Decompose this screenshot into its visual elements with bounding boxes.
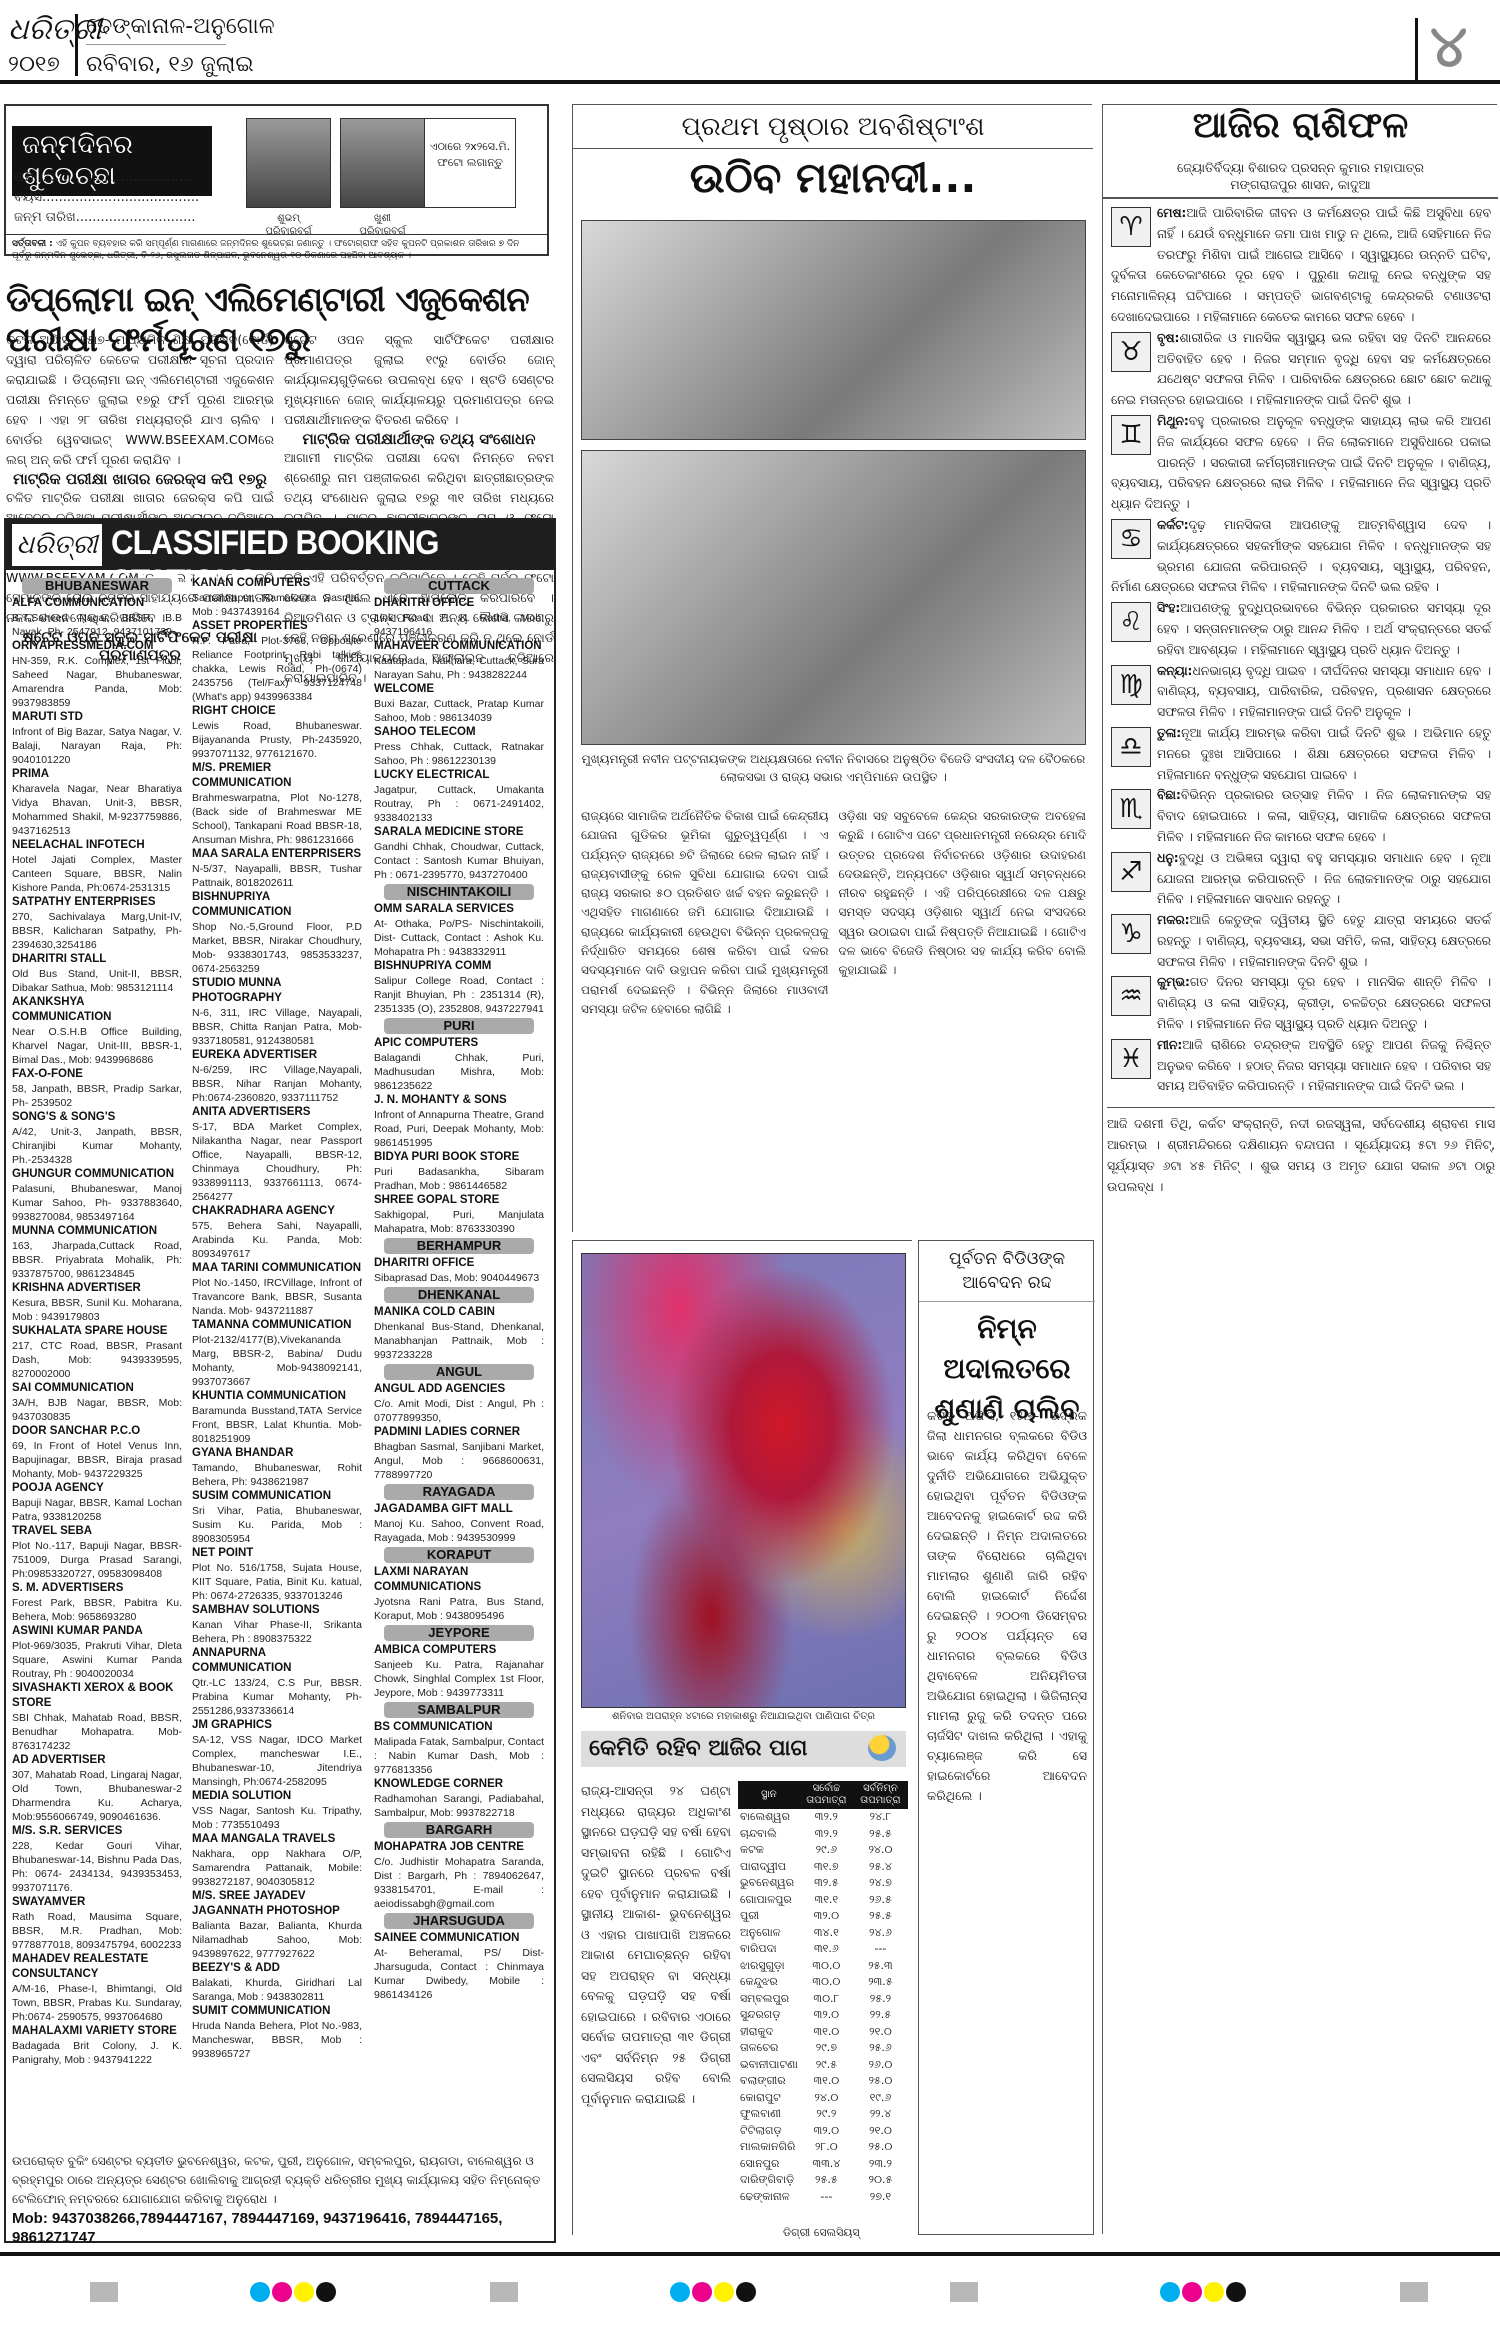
booking-station-address: Press Chhak, Cuttack, Ratnakar Sahoo, Ph… [374, 740, 544, 768]
max-temp-cell: ୨୯.୫ [800, 2057, 853, 2074]
booking-station-address: Badagada Brit Colony, J. K. Panigrahy, M… [12, 2039, 182, 2067]
dob-field: ଜନ୍ମ ତାରିଖ............................. [14, 210, 196, 225]
place-cell: ପୁରୀ [738, 1908, 800, 1925]
min-temp-cell: ୨୫.୫ [853, 1826, 908, 1843]
temperature-row: ଭୁବନେଶ୍ୱର୩୨.୫୨୪.୭ [738, 1875, 908, 1892]
booking-station-name: BISHNUPRIYA COMMUNICATION [192, 890, 362, 920]
booking-station-name: STUDIO MUNNA PHOTOGRAPHY [192, 976, 362, 1006]
booking-station-address: Bhagban Sasmal, Sanjibani Market, Angul,… [374, 1440, 544, 1482]
temperature-unit: ଡିଗ୍ରୀ ସେଲସିୟସ୍ [783, 2226, 860, 2240]
booking-station-address: S-17, BDA Market Complex, Nilakantha Nag… [192, 1120, 362, 1204]
max-temp-cell: ୩୨.୦ [800, 1908, 853, 1925]
region-label: NISCHINTAKOILI [384, 884, 534, 900]
booking-station-address: Balakati, Khurda, Giridhari Lal Saranga,… [192, 1976, 362, 2004]
zodiac-sign-icon: ♋ [1111, 519, 1151, 559]
classified-banner: ଧରିତ୍ରୀ CLASSIFIED BOOKING STATIONS [6, 520, 554, 570]
booking-station-address: A/42, Unit-3, Janpath, BBSR, Chiranjibi … [12, 1125, 182, 1167]
max-temp-cell: ୩୧.୬ [800, 1941, 853, 1958]
booking-station-name: ASSET PROPERTIES [192, 619, 362, 634]
booking-station-name: LUCKY ELECTRICAL [374, 768, 544, 783]
horoscope-byline: ଜ୍ୟୋତିର୍ବିଦ୍ୟା ବିଶାରଦ ପ୍ରସନ୍ନ କୁମାର ମହାପ… [1103, 159, 1498, 193]
max-temp-cell: --- [800, 2189, 853, 2206]
booking-station-name: OMM SARALA SERVICES [374, 902, 544, 917]
min-temp-cell: ୨୭.୧ [853, 2189, 908, 2206]
terms-label: ସର୍ତ୍ତାବଳୀ : [12, 239, 53, 249]
min-temp-cell: ୨୪.୮ [853, 1809, 908, 1826]
zodiac-prediction: ବହୁ ପ୍ରକାରର ଅନୁକୂଳ ବନ୍ଧୁଙ୍କ ସାହାଯ୍ୟ ଲାଭ … [1111, 414, 1491, 511]
col-header-min: ସର୍ବନିମ୍ନ ତାପମାତ୍ରା [853, 1781, 908, 1809]
booking-station-name: SAMBHAV SOLUTIONS [192, 1603, 362, 1618]
birthday-coupon: ଜନ୍ମଦିନର ଶୁଭେଚ୍ଛା ନାମ...................… [4, 104, 549, 256]
booking-station-name: AD ADVERTISER [12, 1753, 182, 1768]
booking-station-name: MAA MANGALA TRAVELS [192, 1832, 362, 1847]
min-temp-cell: ୨୫.୬ [853, 2040, 908, 2057]
zodiac-entry: ♋କର୍କଟ:ଦୃଢ଼ ମାନସିକତା ଆପଣଙ୍କୁ ଆତ୍ମବିଶ୍ୱାସ… [1107, 515, 1495, 598]
booking-station-name: AKANKSHYA COMMUNICATION [12, 995, 182, 1025]
coupon-terms: ସର୍ତ୍ତାବଳୀ : ଏହି କୁପନ ବ୍ୟବହାର କରି ସମ୍ପୂର… [6, 234, 547, 265]
booking-station-address: N-6/259, IRC Village,Nayapali, BBSR, Nih… [192, 1063, 362, 1105]
temperature-row: ଟିଟିଲାଗଡ଼୩୨.୦୨୧.୦ [738, 2123, 908, 2140]
col-header-place: ସ୍ଥାନ [738, 1781, 800, 1809]
zodiac-sign-icon: ♏ [1111, 789, 1151, 829]
booking-station-name: POOJA AGENCY [12, 1481, 182, 1496]
booking-station-address: Sri Vihar, Patia, Bhubaneswar, Susim Ku.… [192, 1504, 362, 1546]
meeting-photo-2 [581, 450, 1086, 745]
place-cell: ବଲାଙ୍ଗୀର [738, 2073, 800, 2090]
temperature-row: ଫୁଲବାଣୀ୨୯.୨୨୨.୪ [738, 2106, 908, 2123]
booking-station-name: SAI COMMUNICATION [12, 1381, 182, 1396]
max-temp-cell: ୨୯.୬ [800, 1842, 853, 1859]
child-1-name: ଶୁଭମ୍ [246, 212, 331, 225]
zodiac-prediction: ଆଜି କେତୁଙ୍କ ଦ୍ୱିତୀୟ ସ୍ଥିତି ହେତୁ ଯାତ୍ରା ସ… [1157, 913, 1491, 969]
min-temp-cell: ୨୧.୦ [853, 2123, 908, 2140]
place-cell: ଝାରସୁଗୁଡ଼ା [738, 1958, 800, 1975]
region-label: KORAPUT [384, 1547, 534, 1563]
booking-station-name: SAINEE COMMUNICATION [374, 1931, 544, 1946]
booking-station-name: LAXMI NARAYAN COMMUNICATIONS [374, 1565, 544, 1595]
booking-station-address: Link Road, P. K. Ratha, Mob: 9437196416 [374, 611, 544, 639]
booking-station-name: ANNAPURNA COMMUNICATION [192, 1646, 362, 1676]
booking-station-name: J. N. MOHANTY & SONS [374, 1093, 544, 1108]
booking-station-name: WELCOME [374, 682, 544, 697]
booking-station-address: Near O.S.H.B Office Building, Kharvel Na… [12, 1025, 182, 1067]
min-temp-cell: ୨୩.୨ [853, 2156, 908, 2173]
place-cell: ଢେଙ୍କାନାଳ [738, 2189, 800, 2206]
min-temp-cell: ୨୫.୩ [853, 1958, 908, 1975]
max-temp-cell: ୩୦.୦ [800, 1958, 853, 1975]
continuation-col-2: ଓଡ଼ିଶା ସହ ସବୁବେଳେ କେନ୍ଦ୍ର ସରକାରଙ୍କ ଅବହେଳ… [839, 807, 1087, 1019]
classified-col-3: CUTTACKDHARITRI OFFICELink Road, P. K. R… [374, 576, 544, 2002]
temperature-row: ବାରିପଦା୩୧.୬--- [738, 1941, 908, 1958]
booking-station-address: Samantrapur, Ramakanta Sasmal, Mob : 943… [192, 591, 362, 619]
booking-station-name: GYANA BHANDAR [192, 1446, 362, 1461]
booking-station-name: MARUTI STD [12, 710, 182, 725]
booking-station-name: SIVASHAKTI XEROX & BOOK STORE [12, 1681, 182, 1711]
max-temp-cell: ୩୦.୮ [800, 1991, 853, 2008]
photo-placeholder: ଏଠାରେ ୨x୨ସେ.ମି. ଫଟୋ ଲଗାନ୍ତୁ [424, 118, 516, 208]
photo-caption: ମୁଖ୍ୟମନ୍ତ୍ରୀ ନବୀନ ପଟ୍ଟନାୟକଙ୍କ ଅଧ୍ୟକ୍ଷତାର… [581, 750, 1086, 786]
booking-station-address: VSS Nagar, Santosh Ku. Tripathy, Mob : 7… [192, 1804, 362, 1832]
booking-station-name: MAHADEV REALESTATE CONSULTANCY [12, 1952, 182, 1982]
booking-station-name: NET POINT [192, 1546, 362, 1561]
zodiac-prediction: ନୂଆ କାର୍ଯ୍ୟ ଆରମ୍ଭ କରିବା ପାଇଁ ଦିନଟି ଶୁଭ ।… [1157, 726, 1491, 782]
child-photo-2 [340, 118, 425, 208]
cyan-registration-dot-2 [670, 2282, 690, 2302]
zodiac-sign-icon: ♈ [1111, 207, 1151, 247]
place-cell: ଗୋପାଳପୁର [738, 1892, 800, 1909]
min-temp-cell: ୨୫.୦ [853, 2073, 908, 2090]
max-temp-cell: ୩୦.୦ [800, 1974, 853, 1991]
temperature-row: ଝାରସୁଗୁଡ଼ା୩୦.୦୨୫.୩ [738, 1958, 908, 1975]
booking-station-address: N-5/37, Nayapalli, BBSR, Tushar Pattnaik… [192, 862, 362, 890]
max-temp-cell: ୩୩.୪ [800, 2156, 853, 2173]
region-label: ANGUL [384, 1364, 534, 1380]
booking-station-address: N-6, 311, IRC Village, Nayapali, BBSR, C… [192, 1006, 362, 1048]
booking-station-address: 307, Mahatab Road, Lingaraj Nagar, Old T… [12, 1768, 182, 1824]
exam-col1-para1: କଟକ ଅଫିସ, ୧୫ା୭- ମାଧ୍ୟମିକ ଶିକ୍ଷା ପରିଷଦ(ବୋ… [6, 330, 274, 470]
booking-station-address: Manoj Ku. Sahoo, Convent Road, Rayagada,… [374, 1517, 544, 1545]
booking-station-address: C/o. Judhistir Mohapatra Saranda, Dist :… [374, 1855, 544, 1911]
place-cell: କୋରାପୁଟ [738, 2090, 800, 2107]
region-label: PURI [384, 1018, 534, 1034]
magenta-registration-dot-2 [692, 2282, 712, 2302]
black-registration-dot-3 [1226, 2282, 1246, 2302]
booking-station-address: Plot No.-1450, IRCVillage, Infront of Tr… [192, 1276, 362, 1318]
booking-station-name: BIDYA PURI BOOK STORE [374, 1150, 544, 1165]
booking-station-address: Infront of Big Bazar, Satya Nagar, V. Ba… [12, 725, 182, 767]
page-bottom-rule [0, 2252, 1500, 2256]
temperature-row: ସମ୍ବଲପୁର୩୦.୮୨୫.୨ [738, 1991, 908, 2008]
booking-station-name: KHUNTIA COMMUNICATION [192, 1389, 362, 1404]
front-page-continuation: ପ୍ରଥମ ପୃଷ୍ଠାର ଅବଶିଷ୍ଟାଂଶ ଉଠିବ ମହାନଦୀ... … [572, 104, 1092, 1232]
zodiac-sign-icon: ♓ [1111, 1039, 1151, 1079]
cyan-registration-dot-3 [1160, 2282, 1180, 2302]
booking-station-address: Jyotsna Rani Patra, Bus Stand, Koraput, … [374, 1595, 544, 1623]
zodiac-sign-name: କର୍କଟ: [1157, 518, 1189, 532]
min-temp-cell: ୨୪.୭ [853, 1875, 908, 1892]
booking-station-address: Kanan Vihar Phase-II, Srikanta Behera, P… [192, 1618, 362, 1646]
booking-station-name: SATPATHY ENTERPRISES [12, 895, 182, 910]
booking-station-address: Kharavela Nagar, Near Bharatiya Vidya Bh… [12, 782, 182, 838]
zodiac-entry: ♊ମିଥୁନ:ବହୁ ପ୍ରକାରର ଅନୁକୂଳ ବନ୍ଧୁଙ୍କ ସାହାଯ… [1107, 411, 1495, 515]
booking-station-name: MAA TARINI COMMUNICATION [192, 1261, 362, 1276]
booking-station-address: Nakhara, opp Nakhara O/P, Samarendra Pat… [192, 1847, 362, 1889]
horoscope-rule [1103, 197, 1498, 199]
booking-station-address: 163, Jharpada,Cuttack Road, BBSR. Priyab… [12, 1239, 182, 1281]
booking-station-address: Palasuni, Bhubaneswar, Manoj Kumar Sahoo… [12, 1182, 182, 1224]
col-header-max: ସର୍ବୋଚ୍ଚ ତାପମାତ୍ରା [800, 1781, 853, 1809]
booking-station-name: M/S. SREE JAYADEV JAGANNATH PHOTOSHOP [192, 1889, 362, 1919]
page-number: ୪ [1430, 12, 1467, 81]
temperature-row: ତାଳଚେର୨୯.୭୨୫.୬ [738, 2040, 908, 2057]
booking-station-address: Brahmeswarpatna, Plot No-1278, (Back sid… [192, 791, 362, 847]
max-temp-cell: ୨୮.୦ [800, 2139, 853, 2156]
zodiac-entry: ♓ମୀନ:ଆଜି ରାଶିରେ ଚନ୍ଦ୍ରଙ୍କ ଅବସ୍ଥିତି ହେତୁ … [1107, 1035, 1495, 1097]
zodiac-prediction: ଧନଭାଗ୍ୟ ବୃଦ୍ଧି ପାଇବ । ଦୀର୍ଘଦିନର ସମସ୍ୟା ସ… [1157, 664, 1491, 720]
booking-station-name: SUKHALATA SPARE HOUSE [12, 1324, 182, 1339]
booking-station-address: Puri Badasankha, Sibaram Pradhan, Mob : … [374, 1165, 544, 1193]
zodiac-entry: ♉ବୃଷ:ଶାରୀରିକ ଓ ମାନସିକ ସ୍ୱାସ୍ଥ୍ୟ ଭଲ ରହିବା… [1107, 328, 1495, 411]
exam-col2-para1: ଷ୍ଟେଟ ଓପନ ସ୍କୁଲ ସାର୍ଟିଫିକେଟ ପରୀକ୍ଷାର ପ୍ର… [284, 330, 554, 430]
zodiac-sign-icon: ♒ [1111, 976, 1151, 1016]
zodiac-sign-name: ବୃଷ: [1157, 331, 1179, 345]
zodiac-entry: ♎ତୁଳା:ନୂଆ କାର୍ଯ୍ୟ ଆରମ୍ଭ କରିବା ପାଇଁ ଦିନଟି… [1107, 723, 1495, 785]
temperature-row: ହୀରାକୁଦ୩୧.୦୨୧.୦ [738, 2024, 908, 2041]
place-cell: ବାଲେଶ୍ୱର [738, 1809, 800, 1826]
booking-station-name: M/S. PREMIER COMMUNICATION [192, 761, 362, 791]
region-label: JHARSUGUDA [384, 1913, 534, 1929]
booking-station-name: AMBICA COMPUTERS [374, 1643, 544, 1658]
booking-station-address: Sanjeeb Ku. Patra, Rajanahar Chowk, Sing… [374, 1658, 544, 1700]
booking-station-name: SWAYAMVER [12, 1895, 182, 1910]
booking-station-address: B-7,Saheed Nagar, BBSR, B.B Nayak, Ph- 2… [12, 611, 182, 639]
temperature-row: କଟକ୨୯.୬୨୪.୦ [738, 1842, 908, 1859]
zodiac-sign-name: ବିଛା: [1157, 788, 1181, 802]
booking-station-name: BEEZY'S & ADD [192, 1961, 362, 1976]
booking-station-name: ASWINI KUMAR PANDA [12, 1624, 182, 1639]
temperature-row: କେନ୍ଦୁଝର୩୦.୦୨୩.୫ [738, 1974, 908, 1991]
zodiac-sign-name: ମିଥୁନ: [1157, 414, 1189, 428]
booking-station-address: C/o. Amit Modi, Dist : Angul, Ph : 07077… [374, 1397, 544, 1425]
classified-booking-stations: ଧରିତ୍ରୀ CLASSIFIED BOOKING STATIONS BHUB… [4, 518, 556, 2243]
region-label: SAMBALPUR [384, 1702, 534, 1718]
zodiac-entry: ♐ଧନୁ:ବୁଦ୍ଧି ଓ ଅଭିଜ୍ଞତା ଦ୍ୱାରା ବହୁ ସମସ୍ୟା… [1107, 848, 1495, 910]
zodiac-sign-icon: ♎ [1111, 727, 1151, 767]
booking-station-name: MEDIA SOLUTION [192, 1789, 362, 1804]
temperature-row: ଦାରିଙ୍ଗିବାଡ଼ି୨୫.୫୨୦.୫ [738, 2172, 908, 2189]
booking-station-name: MAA SARALA ENTERPRISERS [192, 847, 362, 862]
booking-station-address: 3A/H, BJB Nagar, BBSR, Mob: 9437030835 [12, 1396, 182, 1424]
booking-station-address: Plot-969/3035, Prakruti Vihar, Dleta Squ… [12, 1639, 182, 1681]
place-cell: ଭବାନୀପାଟଣା [738, 2057, 800, 2074]
min-temp-cell: ୨୬.୦ [853, 2057, 908, 2074]
booking-station-address: At- Beheramal, PS/ Dist-Jharsuguda, Cont… [374, 1946, 544, 2002]
terms-text: ଏହି କୁପନ ବ୍ୟବହାର କରି ସମ୍ପୂର୍ଣ୍ଣ ମାଗଣାରେ … [12, 239, 519, 261]
max-temp-cell: ୩୨.୨ [800, 1809, 853, 1826]
booking-station-name: ANGUL ADD AGENCIES [374, 1382, 544, 1397]
max-temp-cell: ୩୧.୧ [800, 1892, 853, 1909]
max-temp-cell: ୨୪.୦ [800, 2090, 853, 2107]
booking-station-address: Jagatpur, Cuttack, Umakanta Routray, Ph … [374, 783, 544, 825]
place-cell: ଭୁବନେଶ୍ୱର [738, 1875, 800, 1892]
booking-station-address: Infront of Annapurna Theatre, Grand Road… [374, 1108, 544, 1150]
booking-station-name: DHARITRI STALL [12, 952, 182, 967]
booking-station-name: DHARITRI OFFICE [374, 596, 544, 611]
zodiac-list: ♈ମେଷ:ଆଜି ପାରିବାରିକ ଜୀବନ ଓ କର୍ମକ୍ଷେତ୍ର ପା… [1107, 203, 1495, 1197]
meeting-photo-1 [581, 220, 1086, 440]
booking-station-name: ORIYAPRESSMEDIA.COM [12, 639, 182, 654]
age-field: ବୟସ.....................................… [14, 190, 199, 205]
temperature-row: ଗୋପାଳପୁର୩୧.୧୨୬.୫ [738, 1892, 908, 1909]
max-temp-cell: ୩୨.୨ [800, 1826, 853, 1843]
zodiac-sign-icon: ♑ [1111, 914, 1151, 954]
booking-station-address: Rath Road, Mausima Square, BBSR, M.R. Pr… [12, 1910, 182, 1952]
booking-station-address: Plot-2132/4177(B),Vivekananda Marg, BBSR… [192, 1333, 362, 1389]
max-temp-cell: ୩୧.୦ [800, 2073, 853, 2090]
booking-station-address: 228, Kedar Gouri Vihar, Bhubaneswar-14, … [12, 1839, 182, 1895]
booking-station-address: 217, CTC Road, BBSR, Prasant Dash, Mob: … [12, 1339, 182, 1381]
booking-station-address: Bapuji Nagar, BBSR, Kamal Lochan Patra, … [12, 1496, 182, 1524]
min-temp-cell: ୨୪.୬ [853, 1925, 908, 1942]
booking-station-name: PADMINI LADIES CORNER [374, 1425, 544, 1440]
min-temp-cell: ୧୯.୬ [853, 2090, 908, 2107]
booking-station-name: MUNNA COMMUNICATION [12, 1224, 182, 1239]
cyan-registration-dot [250, 2282, 270, 2302]
booking-station-address: Salipur College Road, Contact : Ranjit B… [374, 974, 544, 1016]
satellite-caption: ଶନିବାର ଅପରାହ୍ନ ୪ଟାରେ ମହାକାଶରୁ ନିଆଯାଇଥିବା… [581, 1711, 906, 1722]
max-temp-cell: ୩୧.୦ [800, 2024, 853, 2041]
zodiac-sign-name: ମକର: [1157, 913, 1190, 927]
place-cell: ସମ୍ବଲପୁର [738, 1991, 800, 2008]
child-photo-1 [246, 118, 331, 208]
booking-station-name: M/S. S.R. SERVICES [12, 1824, 182, 1839]
booking-station-address: Tamando, Bhubaneswar, Rohit Behera, Ph: … [192, 1461, 362, 1489]
region-label: BERHAMPUR [384, 1238, 534, 1254]
panjika-text: ଆଜି ଦଶମୀ ତିଥି, କର୍କଟ ସଂକ୍ରାନ୍ତି, ନଦୀ ରଜସ… [1107, 1107, 1495, 1197]
booking-station-address: Dhenkanal Bus-Stand, Dhenkanal, Manabhan… [374, 1320, 544, 1362]
region-label: DHENKANAL [384, 1287, 534, 1303]
place-cell: ସୋନପୁର [738, 2156, 800, 2173]
temperature-row: କୋରାପୁଟ୨୪.୦୧୯.୬ [738, 2090, 908, 2107]
booking-station-name: DHARITRI OFFICE [374, 1256, 544, 1271]
temperature-row: ପାରାଦ୍ୱୀପ୩୧.୭୨୫.୪ [738, 1859, 908, 1876]
booking-station-address: SA-12, VSS Nagar, IDCO Market Complex, m… [192, 1733, 362, 1789]
booking-station-name: FAX-O-FONE [12, 1067, 182, 1082]
region-label: RAYAGADA [384, 1484, 534, 1500]
zodiac-entry: ♑ମକର:ଆଜି କେତୁଙ୍କ ଦ୍ୱିତୀୟ ସ୍ଥିତି ହେତୁ ଯାତ… [1107, 910, 1495, 972]
booking-station-name: SARALA MEDICINE STORE [374, 825, 544, 840]
zodiac-prediction: ଆପଣଙ୍କୁ ବୁଦ୍ଧିପ୍ରଭାବରେ ବିଭିନ୍ନ ପ୍ରକାରର ସ… [1157, 601, 1491, 657]
magenta-registration-dot [272, 2282, 292, 2302]
court-body: କଟକ ଅଫିସ, ୧୫ା୭- ଭଦ୍ରକ ଜିଲା ଧାମନଗର ବ୍ଲକରେ… [927, 1406, 1087, 1806]
continuation-col-1: ରାଜ୍ୟରେ ସାମାଜିକ ଅର୍ଥନୈତିକ ବିକାଶ ପାଇଁ କେନ… [581, 807, 829, 1019]
zodiac-sign-name: ମୀନ: [1157, 1038, 1182, 1052]
horoscope-section: ଆଜିର ରାଶିଫଳ ଜ୍ୟୋତିର୍ବିଦ୍ୟା ବିଶାରଦ ପ୍ରସନ୍… [1102, 104, 1497, 2234]
booking-station-name: JAGADAMBA GIFT MALL [374, 1502, 544, 1517]
place-cell: ଫୁଲବାଣୀ [738, 2106, 800, 2123]
booking-station-name: MANIKA COLD CABIN [374, 1305, 544, 1320]
region-label: JEYPORE [384, 1625, 534, 1641]
horoscope-title: ଆଜିର ରାଶିଫଳ [1103, 105, 1498, 147]
temperature-row: ମାଲକାନଗିରି୨୮.୦୨୫.୦ [738, 2139, 908, 2156]
booking-station-address: Sibaprasad Das, Mob: 9040449673 [374, 1271, 544, 1285]
min-temp-cell: --- [853, 1941, 908, 1958]
birthday-title: ଜନ୍ମଦିନର ଶୁଭେଚ୍ଛା [12, 126, 212, 196]
booking-station-name: MAHAVEER COMMUNICATION [374, 639, 544, 654]
place-cell: ଦାରିଙ୍ଗିବାଡ଼ି [738, 2172, 800, 2189]
min-temp-cell: ୨୦.୫ [853, 2172, 908, 2189]
booking-station-address: Hotel Jajati Complex, Master Canteen Squ… [12, 853, 182, 895]
booking-station-address: Kesura, BBSR, Sunil Ku. Moharana, Mob : … [12, 1296, 182, 1324]
booking-station-address: Hruda Nanda Behera, Plot No.-983, Manche… [192, 2019, 362, 2061]
classified-footer-phones: Mob: 9437038266,7894447167, 7894447169, … [12, 2209, 550, 2247]
booking-station-address: Baramunda Busstand,TATA Service Front, B… [192, 1404, 362, 1446]
min-temp-cell: ୨୬.୫ [853, 1892, 908, 1909]
issue-date: ରବିବାର, ୧୬ ଜୁଲାଇ [86, 52, 254, 77]
zodiac-sign-icon: ♐ [1111, 852, 1151, 892]
zodiac-sign-icon: ♉ [1111, 332, 1151, 372]
booking-station-name: EUREKA ADVERTISER [192, 1048, 362, 1063]
zodiac-sign-name: ମେଷ: [1157, 206, 1186, 220]
booking-station-name: SUSIM COMMUNICATION [192, 1489, 362, 1504]
black-registration-dot [316, 2282, 336, 2302]
masthead-rule [0, 80, 1500, 84]
masthead-thin-rule [86, 44, 226, 45]
yellow-registration-dot [294, 2282, 314, 2302]
classified-col-1: BHUBANESWARALFA COMMUNICATIONB-7,Saheed … [12, 576, 182, 2067]
yellow-registration-dot-2 [714, 2282, 734, 2302]
yellow-registration-dot-3 [1204, 2282, 1224, 2302]
min-temp-cell: ୨୧.୦ [853, 2024, 908, 2041]
booking-station-address: Malipada Fatak, Sambalpur, Contact : Nab… [374, 1735, 544, 1777]
classified-footer-note: ଉପରୋକ୍ତ ବୁକିଂ ସେଣ୍ଟର ବ୍ୟତୀତ ଭୁବନେଶ୍ୱର, କ… [12, 2152, 550, 2209]
booking-station-name: NEELACHAL INFOTECH [12, 838, 182, 853]
zodiac-prediction: ଗତ ଦିନର ସମସ୍ୟା ଦୂର ହେବ । ମାନସିକ ଶାନ୍ତି ମ… [1157, 975, 1491, 1031]
booking-station-address: 270, Sachivalaya Marg,Unit-IV, BBSR, Kal… [12, 910, 182, 952]
booking-station-name: RIGHT CHOICE [192, 704, 362, 719]
zodiac-prediction: ବିଭିନ୍ନ ପ୍ରକାରର ଉତ୍ସାହ ମିଳିବ । ନିଜ ଲୋକମା… [1157, 788, 1491, 844]
booking-station-name: APIC COMPUTERS [374, 1036, 544, 1051]
booking-station-address: A/M-16, Phase-I, Bhimtangi, Old Town, BB… [12, 1982, 182, 2024]
continuation-kicker: ପ୍ରଥମ ପୃଷ୍ଠାର ଅବଶିଷ୍ଟାଂଶ [573, 105, 1093, 149]
place-cell: କଟକ [738, 1842, 800, 1859]
place-cell: ଚାନ୍ଦବାଲି [738, 1826, 800, 1843]
region-label: CUTTACK [384, 578, 534, 594]
booking-station-address: At- Othaka, Po/PS- Nischintakoili, Dist-… [374, 917, 544, 959]
booking-station-name: SAHOO TELECOM [374, 725, 544, 740]
temperature-row: ଢେଙ୍କାନାଳ---୨୭.୧ [738, 2189, 908, 2206]
place-cell: ମାଲକାନଗିରି [738, 2139, 800, 2156]
xerox-subheading: ମାଟ୍ରିକ ପରୀକ୍ଷା ଖାତାର ଜେରକ୍ସ କପି ୧୭ରୁ [6, 470, 274, 488]
court-article: ପୂର୍ବତନ ବିଡିଓଙ୍କ ଆବେଦନ ରଦ୍ଦ ନିମ୍ନ ଅଦାଲତର… [918, 1240, 1094, 2235]
min-temp-cell: ୨୩.୫ [853, 1974, 908, 1991]
min-temp-cell: ୨୪.୦ [853, 1842, 908, 1859]
min-temp-cell: ୨୫.୨ [853, 1991, 908, 2008]
place-cell: ହୀରାକୁଦ [738, 2024, 800, 2041]
weather-heading: କେମିତି ରହିବ ଆଜିର ପାଗ [581, 1731, 906, 1767]
max-temp-cell: ୨୯.୨ [800, 2106, 853, 2123]
temperature-row: ବଲାଙ୍ଗୀର୩୧.୦୨୫.୦ [738, 2073, 908, 2090]
min-temp-cell: ୨୫.୦ [853, 2139, 908, 2156]
zodiac-prediction: ଆଜି ପାରିବାରିକ ଜୀବନ ଓ କର୍ମକ୍ଷେତ୍ର ପାଇଁ କି… [1111, 206, 1491, 324]
booking-station-name: KANAN COMPUTERS [192, 576, 362, 591]
zodiac-entry: ♌ସିଂହ:ଆପଣଙ୍କୁ ବୁଦ୍ଧିପ୍ରଭାବରେ ବିଭିନ୍ନ ପ୍ର… [1107, 598, 1495, 660]
max-temp-cell: ୩୨.୦ [800, 2123, 853, 2140]
max-temp-cell: ୩୧.୭ [800, 1859, 853, 1876]
max-temp-cell: ୨୫.୫ [800, 2172, 853, 2189]
booking-station-address: Plot No. 516/1758, Sujata House, KIIT Sq… [192, 1561, 362, 1603]
booking-station-name: TRAVEL SEBA [12, 1524, 182, 1539]
weather-forecast-text: ରାଜ୍ୟ-ଆସନ୍ତା ୨୪ ଘଣ୍ଟା ମଧ୍ୟରେ ରାଜ୍ୟର ଅଧିକ… [581, 1781, 731, 2109]
registration-gray-swatch-mid [490, 2282, 518, 2302]
data-correction-subheading: ମାଟ୍ରିକ ପରୀକ୍ଷାର୍ଥୀଙ୍କ ତଥ୍ୟ ସଂଶୋଧନ [284, 430, 554, 448]
booking-station-address: Lewis Road, Bhubaneswar. Bijayananda Pru… [192, 719, 362, 761]
place-cell: ପାରାଦ୍ୱୀପ [738, 1859, 800, 1876]
temperature-row: ସୁନ୍ଦରଗଡ଼୩୨.୦୨୨.୫ [738, 2007, 908, 2024]
place-cell: ଟିଟିଲାଗଡ଼ [738, 2123, 800, 2140]
classified-col-2: KANAN COMPUTERSSamantrapur, Ramakanta Sa… [192, 576, 362, 2061]
zodiac-prediction: ବୁଦ୍ଧି ଓ ଅଭିଜ୍ଞତା ଦ୍ୱାରା ବହୁ ସମସ୍ୟାର ସମା… [1157, 851, 1491, 907]
registration-gray-swatch-right [950, 2282, 978, 2302]
booking-station-address: Shop No.-5,Ground Floor, P.D Market, BBS… [192, 920, 362, 976]
zodiac-sign-name: ସିଂହ: [1157, 601, 1180, 615]
place-cell: ଅନୁଗୋଳ [738, 1925, 800, 1942]
booking-station-address: 69, In Front of Hotel Venus Inn, Bapujin… [12, 1439, 182, 1481]
place-cell: ବାରିପଦା [738, 1941, 800, 1958]
astrologer-place: ମଙ୍ଗରାଜପୁର ଶାସନ, କାଦୁଆ [1103, 176, 1498, 193]
continuation-body: ରାଜ୍ୟରେ ସାମାଜିକ ଅର୍ଥନୈତିକ ବିକାଶ ପାଇଁ କେନ… [581, 807, 1086, 1019]
booking-station-address: 575, Behera Sahi, Nayapalli, Arabinda Ku… [192, 1219, 362, 1261]
